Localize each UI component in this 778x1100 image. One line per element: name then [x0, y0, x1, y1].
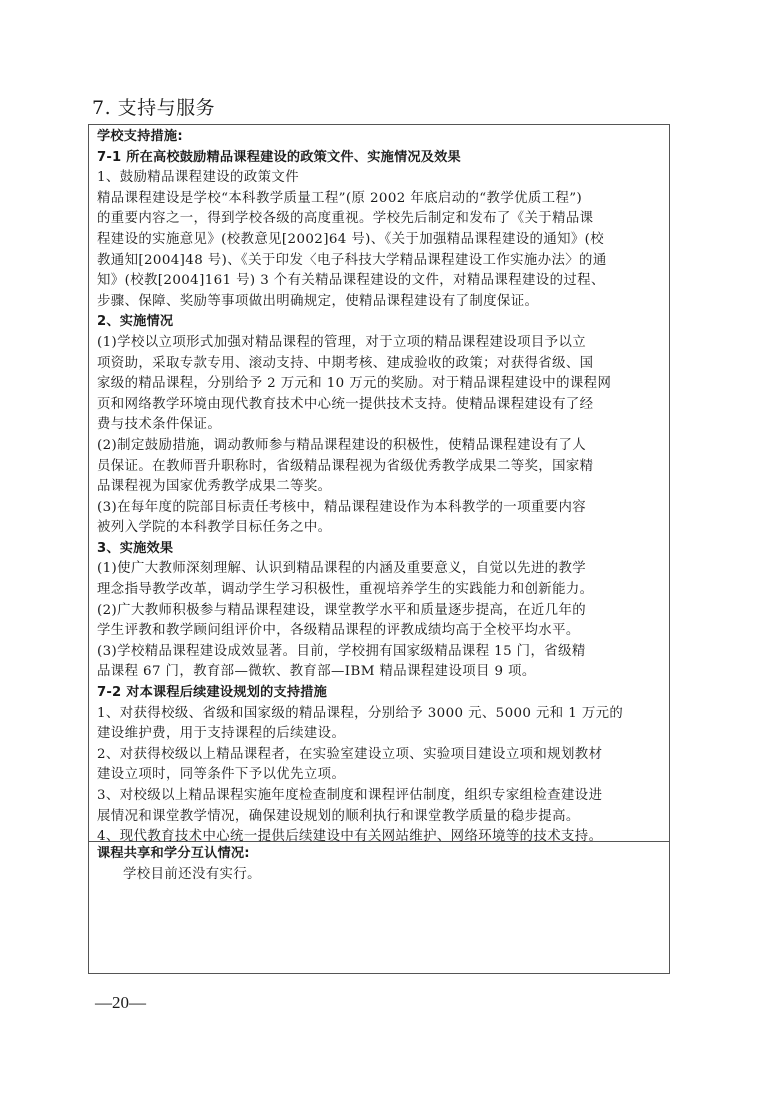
paragraph-line: 建设立项时，同等条件下予以优先立项。 — [97, 765, 663, 786]
paragraph-line: 理念指导教学改革，调动学生学习积极性，重视培养学生的实践能力和创新能力。 — [97, 580, 663, 601]
paragraph-line: 程建设的实施意见》(校教意见[2002]64 号)、《关于加强精品课程建设的通知… — [97, 230, 663, 251]
paragraph-line: 品课程 67 门，教育部—微软、教育部—IBM 精品课程建设项目 9 项。 — [97, 662, 663, 683]
section-title: 7. 支持与服务 — [92, 93, 215, 120]
sharing-text: 学校目前还没有实行。 — [97, 865, 663, 886]
paragraph-line: 品课程视为国家优秀教学成果二等奖。 — [97, 477, 663, 498]
paragraph-line: 知》(校教[2004]161 号) 3 个有关精品课程建设的文件，对精品课程建设… — [97, 271, 663, 292]
paragraph-line: 精品课程建设是学校“本科教学质量工程”(原 2002 年底启动的“教学优质工程”… — [97, 189, 663, 210]
paragraph-line: 3、对校级以上精品课程实施年度检查制度和课程评估制度，组织专家组检查建设进 — [97, 786, 663, 807]
paragraph-line: 教通知[2004]48 号)、《关于印发〈电子科技大学精品课程建设工作实施办法〉… — [97, 251, 663, 272]
paragraph-line: 家级的精品课程，分别给予 2 万元和 10 万元的奖励。对于精品课程建设中的课程… — [97, 374, 663, 395]
paragraph-line: 费与技术条件保证。 — [97, 415, 663, 436]
section-7-1-title: 7-1 所在高校鼓励精品课程建设的政策文件、实施情况及效果 — [97, 148, 663, 169]
effects-heading: 3、实施效果 — [97, 539, 663, 560]
paragraph-line: (1)学校以立项形式加强对精品课程的管理，对于立项的精品课程建设项目予以立 — [97, 333, 663, 354]
section-7-2-title: 7-2 对本课程后续建设规划的支持措施 — [97, 683, 663, 704]
paragraph-line: 2、对获得校级以上精品课程者，在实验室建设立项、实验项目建设立项和规划教材 — [97, 745, 663, 766]
paragraph-line: (2)制定鼓励措施，调动教师参与精品课程建设的积极性，使精品课程建设有了人 — [97, 436, 663, 457]
course-sharing-cell: 课程共享和学分互认情况: 学校目前还没有实行。 — [89, 842, 669, 973]
paragraph-line: (3)学校精品课程建设成效显著。目前，学校拥有国家级精品课程 15 门，省级精 — [97, 642, 663, 663]
paragraph-line: 建设维护费，用于支持课程的后续建设。 — [97, 724, 663, 745]
paragraph-line: 项资助，采取专款专用、滚动支持、中期考核、建成验收的政策；对获得省级、国 — [97, 354, 663, 375]
paragraph-line: 1、对获得校级、省级和国家级的精品课程，分别给予 3000 元、5000 元和 … — [97, 704, 663, 725]
paragraph-line: 展情况和课堂教学情况，确保建设规划的顺利执行和课堂教学质量的稳步提高。 — [97, 807, 663, 828]
paragraph-line: 页和网络教学环境由现代教育技术中心统一提供技术支持。使精品课程建设有了经 — [97, 395, 663, 416]
support-measures-cell: 学校支持措施: 7-1 所在高校鼓励精品课程建设的政策文件、实施情况及效果 1、… — [89, 125, 669, 842]
implementation-heading: 2、实施情况 — [97, 312, 663, 333]
page-number: —20— — [95, 993, 146, 1013]
support-table: 学校支持措施: 7-1 所在高校鼓励精品课程建设的政策文件、实施情况及效果 1、… — [88, 124, 670, 974]
paragraph-line: 的重要内容之一，得到学校各级的高度重视。学校先后制定和发布了《关于精品课 — [97, 209, 663, 230]
paragraph-line: 步骤、保障、奖励等事项做出明确规定，使精品课程建设有了制度保证。 — [97, 292, 663, 313]
policy-heading: 1、鼓励精品课程建设的政策文件 — [97, 168, 663, 189]
paragraph-line: (1)使广大教师深刻理解、认识到精品课程的内涵及重要意义，自觉以先进的教学 — [97, 559, 663, 580]
sharing-heading: 课程共享和学分互认情况: — [97, 844, 663, 865]
paragraph-line: (3)在每年度的院部目标责任考核中，精品课程建设作为本科教学的一项重要内容 — [97, 498, 663, 519]
support-heading: 学校支持措施: — [97, 127, 663, 148]
paragraph-line: (2)广大教师积极参与精品课程建设，课堂教学水平和质量逐步提高，在近几年的 — [97, 601, 663, 622]
paragraph-line: 员保证。在教师晋升职称时，省级精品课程视为省级优秀教学成果二等奖，国家精 — [97, 457, 663, 478]
paragraph-line: 学生评教和教学顾问组评价中，各级精品课程的评教成绩均高于全校平均水平。 — [97, 621, 663, 642]
paragraph-line: 被列入学院的本科教学目标任务之中。 — [97, 518, 663, 539]
